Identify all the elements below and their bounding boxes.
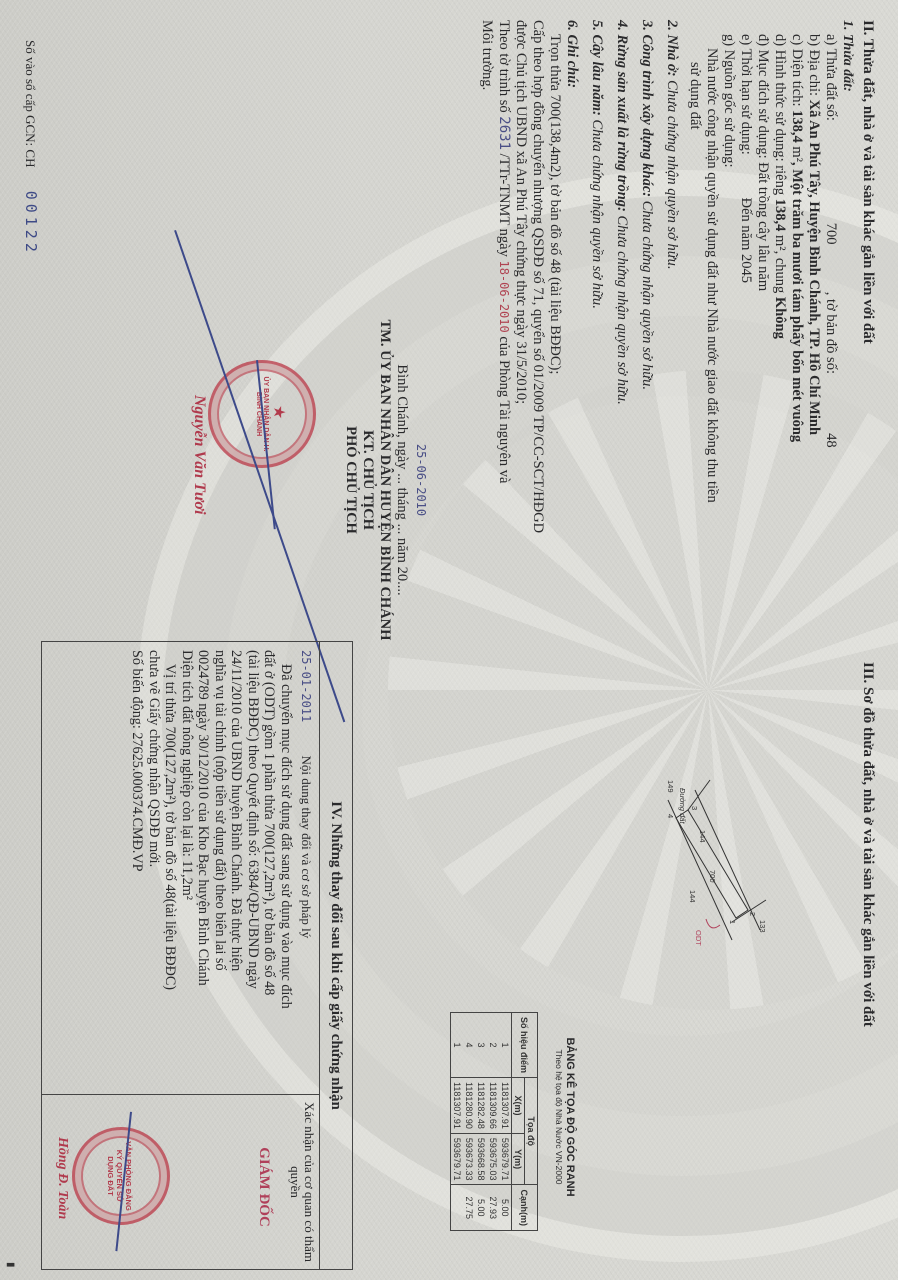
area-words: , Một trăm ba mươi tám phẩy bốn mét vuôn… [789,162,805,442]
land-heading: 1. Thửa đất: [839,20,855,640]
on-behalf-title: KT. CHỦ TỊCH [359,300,376,660]
col-point: Số hiệu điểm [512,1013,538,1078]
other-works-line: 3. Công trình xây dựng khác: Chưa chứng … [638,20,655,640]
col-edge: Cạnh(m) [512,1185,538,1231]
svg-text:149: 149 [666,780,675,793]
change-line: 0024789 ngày 30/12/2010 của Kho Bạc huyệ… [195,650,212,1090]
coord-table-title: BẢNG KÊ TỌA ĐỘ GÓC RANH Theo hệ tọa độ N… [554,1012,576,1222]
change-line: Đã chuyển mục đích sử dụng đất sang sử d… [278,650,295,1090]
origin-label: g) Nguồn gốc sử dụng: [720,20,737,640]
star-icon: ★ [269,405,289,419]
cell-y: 593679.71 [451,1133,464,1185]
origin-line-2: sử dụng đất [686,20,703,640]
svg-text:700: 700 [708,870,717,883]
issue-stamp-date: 25-06-2010 [414,300,428,660]
purpose-line: đ) Mục đích sử dụng: Đất trồng cây lâu n… [754,20,771,640]
change-line: Diện tích đất nông nghiệp còn lại là: 11… [179,650,196,1090]
cell-point: 1 [499,1013,512,1078]
corner-mark: ▮ [6,1262,16,1270]
svg-text:144: 144 [688,890,697,903]
svg-text:2: 2 [748,912,757,916]
change-line: (tài liệu BĐĐC) theo Quyết định số: 6384… [245,650,262,1090]
change-entry-text: Đã chuyển mục đích sử dụng đất sang sử d… [129,650,294,1090]
usage-form-line: d) Hình thức sử dụng: riêng 138,4 m², ch… [771,20,788,640]
cell-y: 593668.58 [475,1133,487,1185]
corner-coordinate-table: Số hiệu điểm Tọa độ Cạnh(m) X(m) Y(m) 11… [450,1012,538,1231]
svg-text:ODT: ODT [694,930,703,946]
cell-edge: 27.93 [487,1185,499,1231]
cell-y: 593673.33 [463,1133,475,1185]
parcel-diagram: 700 133 144 144 149 Đường đất ODT 1 2 3 … [660,770,780,970]
change-line: Số biến động: 27625.000374.CMĐ.VP [129,650,146,1090]
cell-x: 1181307.91 [499,1078,512,1134]
signer-name: Nguyễn Văn Tươi [190,395,208,515]
origin-line-1: Nhà nước công nhận quyền sử dụng đất như… [703,20,720,640]
change-line: nghĩa vụ tài chính (nộp tiền sử dụng đất… [212,650,229,1090]
change-line: đất ở (ODT) gồm 1 phần thửa 700(127,2m²)… [261,650,278,1090]
address-line: b) Địa chỉ: Xã An Phú Tây, Huyện Bình Ch… [805,20,822,640]
cell-edge [451,1185,464,1231]
change-line: Vị trí thửa 700(127,2m²), tờ bản đồ số 4… [162,650,179,1090]
change-line: chưa vẽ Giấy chứng nhận QSDĐ mới. [146,650,163,1090]
svg-text:Đường đất: Đường đất [678,788,687,824]
registry-number: 00122 [22,191,40,256]
column-divider [42,1094,320,1095]
svg-text:133: 133 [758,920,767,933]
notes-line-5: Môi trường. [478,20,495,640]
perennial-line: 5. Cây lâu năm: Chưa chứng nhận quyền sở… [588,20,605,640]
area-value: 138,4 [789,110,805,143]
director-title: GIÁM ĐỐC [255,1112,272,1262]
signer-title: PHÓ CHỦ TỊCH [342,300,359,660]
table-row: 11181307.91593679.71 [451,1013,464,1231]
cell-edge: 5.00 [475,1185,487,1231]
section-iv-changes: IV. Những thay đổi sau khi cấp giấy chứn… [41,641,353,1270]
changes-column-header: 25-01-2011 Nội dung thay đổi và cơ sở ph… [298,650,314,1090]
notes-heading: 6. Ghi chú: [563,20,580,640]
svg-text:1: 1 [728,920,737,924]
address: Xã An Phú Tây, Huyện Bình Chánh, TP. Hồ … [806,100,822,435]
document-photo: II. Thửa đất, nhà ở và tài sản khác gắn … [0,0,898,1280]
section-ii-title: II. Thửa đất, nhà ở và tài sản khác gắn … [859,20,876,640]
svg-text:3: 3 [690,806,699,810]
area-line: c) Diện tích: 138,4 m², Một trăm ba mươi… [788,20,805,640]
section-iii-title: III. Sơ đồ thửa đất, nhà ở và tài sản kh… [859,662,876,1027]
section-ii: II. Thửa đất, nhà ở và tài sản khác gắn … [478,20,876,640]
cell-y: 593675.03 [487,1133,499,1185]
col-coords: Tọa độ [525,1078,538,1185]
notes-line-1: Trọn thửa 700(138,4m2), tờ bản đồ số 48 … [546,20,563,640]
term-line: e) Thời hạn sử dụng: Đến năm 2045 [737,20,754,640]
notes-line-4: Theo tờ trình số 2631 /TTr-TNMT ngày 18-… [495,20,512,640]
cell-x: 1181307.91 [451,1078,464,1134]
issuing-authority: TM. ỦY BAN NHÂN DÂN HUYỆN BÌNH CHÁNH [376,300,393,660]
svg-text:144: 144 [698,830,707,843]
registry-number-line: Số vào sổ cấp GCN: CH 00122 [22,40,40,256]
cell-edge: 27.75 [463,1185,475,1231]
cell-x: 1181280.90 [463,1078,475,1134]
issuer-signature-block: 25-06-2010 Bình Chánh, ngày ... tháng ..… [342,300,428,660]
land-use-certificate-page: II. Thửa đất, nhà ở và tài sản khác gắn … [0,0,898,1280]
parcel-number: 700 [822,125,839,245]
cell-x: 1181309.66 [487,1078,499,1134]
cell-point: 3 [475,1013,487,1078]
cell-x: 1181282.48 [475,1078,487,1134]
map-sheet-number: 48 [822,378,839,448]
col-y: Y(m) [512,1133,525,1185]
notes-line-2: Cấp theo hợp đồng chuyển nhượng QSDĐ số … [529,20,546,640]
table-row: 31181282.48593668.585.00 [475,1013,487,1231]
handwritten-report-number: 2631 [496,116,512,150]
confirmation-column-header: Xác nhận của cơ quan có thẩm quyền [288,1102,316,1262]
col-x: X(m) [512,1078,525,1134]
svg-text:4: 4 [666,814,675,818]
place-date: Bình Chánh, ngày ... tháng ... năm 20...… [393,300,410,660]
table-row: 41181280.90593673.3327.75 [463,1013,475,1231]
change-entry-date: 25-01-2011 [299,650,313,722]
cell-y: 593679.71 [499,1133,512,1185]
cell-point: 1 [451,1013,464,1078]
stamp-date-report: 18-06-2010 [497,260,511,332]
confirm-signer-name: Hồng Đ. Toàn [54,1137,70,1219]
notes-line-3: được Chủ tịch UBND xã An Phú Tây chứng t… [512,20,529,640]
cell-edge: 5.00 [499,1185,512,1231]
cell-point: 2 [487,1013,499,1078]
table-row: 11181307.91593679.715.00 [499,1013,512,1231]
table-row: 21181309.66593675.0327.93 [487,1013,499,1231]
forest-line: 4. Rừng sản xuất là rừng trồng: Chưa chứ… [613,20,630,640]
section-iv-title: IV. Những thay đổi sau khi cấp giấy chứn… [319,642,352,1269]
parcel-line: a) Thửa đất số: 700 , tờ bản đồ số: 48 [822,20,839,640]
cell-point: 4 [463,1013,475,1078]
change-line: 24/11/2010 của UBND huyện Bình Chánh. Đã… [228,650,245,1090]
house-line: 2. Nhà ở: Chưa chứng nhận quyền sở hữu. [663,20,680,640]
